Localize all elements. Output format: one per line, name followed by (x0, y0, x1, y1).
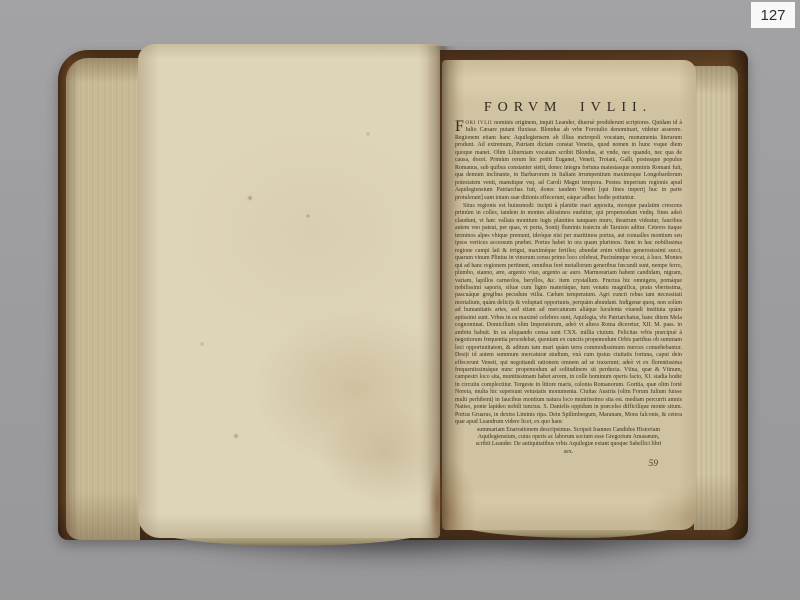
page-number: 59 (455, 461, 682, 468)
right-printed-page: FORVM IVLII. FORI IVLII nominis originem… (442, 60, 696, 530)
right-fore-edge-leaves (694, 66, 738, 530)
body-text: FORI IVLII nominis originem, inquit Lean… (455, 120, 682, 469)
left-fore-edge-leaves (66, 58, 140, 540)
catalog-number-label: 127 (751, 2, 795, 28)
paragraph-first-text: nominis originem, inquit Leander, diuers… (455, 120, 682, 201)
closing-lines: summariam Enarrationem descripsimus. Scr… (455, 427, 682, 457)
gutter-crease (426, 46, 458, 538)
book-photograph: FORVM IVLII. FORI IVLII nominis originem… (0, 0, 800, 600)
left-blank-page (138, 44, 440, 538)
lead-small-caps: ORI IVLII (465, 120, 492, 126)
paragraph-first: FORI IVLII nominis originem, inquit Lean… (455, 120, 682, 202)
paragraph-second: Situs regionis est huiusmodi: incipit à … (455, 203, 682, 427)
page-title: FORVM IVLII. (456, 100, 680, 116)
